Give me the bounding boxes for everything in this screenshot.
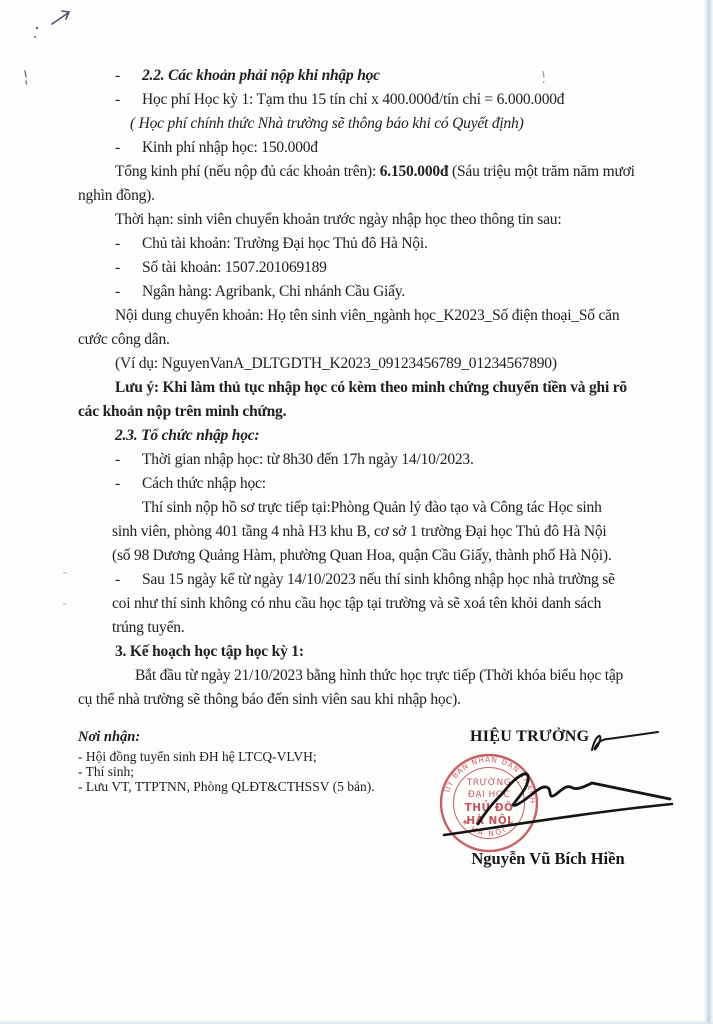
text-segment: Tổng kinh phí (nếu nộp đủ các khoản trên… — [115, 163, 380, 180]
document-line: -Kinh phí nhập học: 150.000đ — [78, 136, 653, 160]
document-line: (số 98 Dương Quảng Hàm, phường Quan Hoa,… — [78, 544, 653, 568]
scan-stray-marks — [18, 4, 78, 89]
scan-edge-right — [704, 0, 713, 1024]
text-segment: sinh viên, phòng 401 tầng 4 nhà H3 khu B… — [112, 523, 607, 540]
bullet-dash: - — [115, 136, 120, 160]
text-segment: trúng tuyển. — [112, 619, 185, 636]
signer-name: Nguyễn Vũ Bích Hiền — [448, 849, 648, 869]
document-line: trúng tuyển. — [78, 616, 653, 640]
text-segment: Thời gian nhập học: từ 8h30 đến 17h ngày… — [142, 451, 474, 468]
document-line: cước công dân. — [78, 328, 653, 352]
document-line: nghìn đồng). — [78, 184, 653, 208]
document-line: Thí sinh nộp hồ sơ trực tiếp tại:Phòng Q… — [78, 496, 653, 520]
document-line: 2.3. Tổ chức nhập học: — [78, 424, 653, 448]
document-line: -Số tài khoản: 1507.201069189 — [78, 256, 653, 280]
document-line: ( Học phí chính thức Nhà trường sẽ thông… — [78, 112, 653, 136]
text-segment: các khoản nộp trên minh chứng. — [78, 403, 286, 420]
text-segment: Cách thức nhập học: — [142, 475, 266, 492]
document-line: coi như thí sinh không có nhu cầu học tậ… — [78, 592, 653, 616]
text-segment: 6.150.000đ — [380, 163, 452, 180]
text-segment: 3. Kế hoạch học tập học kỳ 1: — [115, 643, 304, 660]
document-line: -2.2. Các khoản phải nộp khi nhập học — [78, 64, 653, 88]
text-segment: Lưu ý: Khi làm thủ tục nhập học có kèm t… — [115, 379, 627, 396]
text-segment: Nội dung chuyển khoản: Họ tên sinh viên_… — [115, 307, 619, 324]
bullet-dash: - — [115, 448, 120, 472]
text-segment: Số tài khoản: 1507.201069189 — [142, 259, 327, 276]
text-segment: nghìn đồng). — [78, 187, 155, 204]
text-segment: Bắt đầu từ ngày 21/10/2023 bằng hình thứ… — [135, 667, 623, 684]
bullet-dash: - — [115, 64, 120, 88]
bullet-dash: - — [115, 568, 120, 592]
text-segment: coi như thí sinh không có nhu cầu học tậ… — [112, 595, 601, 612]
bullet-dash: - — [115, 88, 120, 112]
text-segment: cụ thể nhà trường sẽ thông báo đến sinh … — [78, 691, 461, 708]
scan-margin-specks — [62, 570, 70, 612]
recipient-item: - Thí sinh; — [78, 764, 408, 779]
text-segment: Thời hạn: sinh viên chuyển khoản trước n… — [115, 211, 561, 228]
scan-edge-bottom — [0, 1020, 713, 1024]
document-line: (Ví dụ: NguyenVanA_DLTGDTH_K2023_0912345… — [78, 352, 653, 376]
recipient-item: - Hội đồng tuyển sinh ĐH hệ LTCQ-VLVH; — [78, 749, 408, 764]
text-segment: cước công dân. — [78, 331, 170, 348]
bullet-dash: - — [115, 472, 120, 496]
text-segment: Kinh phí nhập học: 150.000đ — [142, 139, 318, 156]
text-segment: (số 98 Dương Quảng Hàm, phường Quan Hoa,… — [112, 547, 612, 564]
recipients-list: - Hội đồng tuyển sinh ĐH hệ LTCQ-VLVH;- … — [78, 749, 408, 794]
text-segment: Học phí Học kỳ 1: Tạm thu 15 tín chỉ x 4… — [142, 91, 564, 108]
document-line: cụ thể nhà trường sẽ thông báo đến sinh … — [78, 688, 653, 712]
document-line: -Sau 15 ngày kể từ ngày 14/10/2023 nếu t… — [78, 568, 653, 592]
text-segment: 2.3. Tổ chức nhập học: — [115, 427, 259, 444]
text-segment: Ngân hàng: Agribank, Chi nhánh Cầu Giấy. — [142, 283, 405, 300]
recipients-block: Nơi nhận: - Hội đồng tuyển sinh ĐH hệ LT… — [78, 730, 408, 794]
bullet-dash: - — [115, 232, 120, 256]
document-line: các khoản nộp trên minh chứng. — [78, 400, 653, 424]
document-line: sinh viên, phòng 401 tầng 4 nhà H3 khu B… — [78, 520, 653, 544]
recipient-item: - Lưu VT, TTPTNN, Phòng QLĐT&CTHSSV (5 b… — [78, 779, 408, 794]
document-line: -Ngân hàng: Agribank, Chi nhánh Cầu Giấy… — [78, 280, 653, 304]
document-line: -Thời gian nhập học: từ 8h30 đến 17h ngà… — [78, 448, 653, 472]
text-segment: ( Học phí chính thức Nhà trường sẽ thông… — [130, 115, 524, 132]
text-segment: Sau 15 ngày kể từ ngày 14/10/2023 nếu th… — [142, 571, 615, 588]
document-line: 3. Kế hoạch học tập học kỳ 1: — [78, 640, 653, 664]
document-body: -2.2. Các khoản phải nộp khi nhập học-Họ… — [78, 64, 653, 712]
text-segment: Chủ tài khoản: Trường Đại học Thủ đô Hà … — [142, 235, 428, 252]
recipients-label: Nơi nhận: — [78, 730, 408, 745]
document-line: -Chủ tài khoản: Trường Đại học Thủ đô Hà… — [78, 232, 653, 256]
text-segment: 2.2. Các khoản phải nộp khi nhập học — [142, 67, 380, 84]
document-line: Thời hạn: sinh viên chuyển khoản trước n… — [78, 208, 653, 232]
bullet-dash: - — [115, 280, 120, 304]
document-line: Bắt đầu từ ngày 21/10/2023 bằng hình thứ… — [78, 664, 653, 688]
handwritten-signature — [430, 742, 705, 857]
document-page: -2.2. Các khoản phải nộp khi nhập học-Họ… — [0, 0, 713, 1024]
bullet-dash: - — [115, 256, 120, 280]
text-segment: (Ví dụ: NguyenVanA_DLTGDTH_K2023_0912345… — [115, 355, 557, 372]
text-segment: (Sáu triệu một trăm năm mươi — [452, 163, 635, 180]
document-line: Lưu ý: Khi làm thủ tục nhập học có kèm t… — [78, 376, 653, 400]
document-line: Tổng kinh phí (nếu nộp đủ các khoản trên… — [78, 160, 653, 184]
document-line: -Học phí Học kỳ 1: Tạm thu 15 tín chỉ x … — [78, 88, 653, 112]
document-line: -Cách thức nhập học: — [78, 472, 653, 496]
document-line: Nội dung chuyển khoản: Họ tên sinh viên_… — [78, 304, 653, 328]
text-segment: Thí sinh nộp hồ sơ trực tiếp tại:Phòng Q… — [142, 499, 602, 516]
